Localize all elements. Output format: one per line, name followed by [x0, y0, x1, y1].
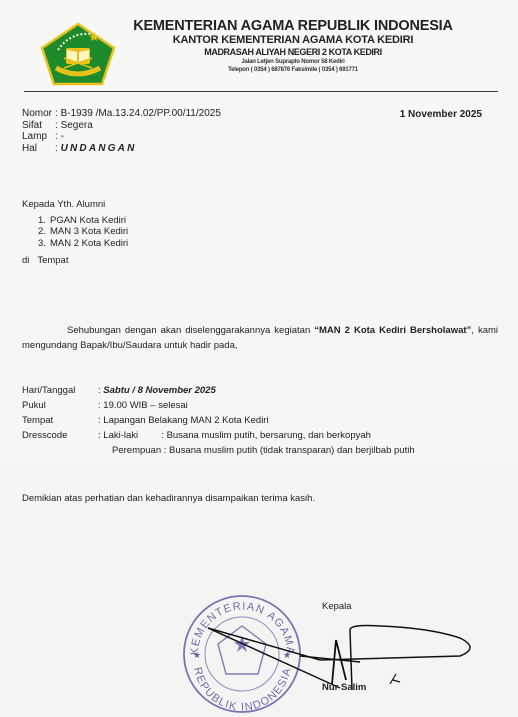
- hal-label: Hal: [22, 143, 55, 155]
- letterhead-divider: [24, 91, 498, 92]
- phone-fax: Telepon ( 0354 ) 687876 Faksimile ( 0354…: [118, 66, 468, 74]
- sifat-row: Sifat : Segera: [22, 120, 221, 132]
- recipient-list: 1.PGAN Kota Kediri 2.MAN 3 Kota Kediri 3…: [22, 215, 128, 250]
- list-item: 2.MAN 3 Kota Kediri: [22, 226, 128, 238]
- dresscode-female-row: Perempuan : Busana muslim putih (tidak t…: [22, 443, 415, 458]
- letter-page: KEMENTERIAN AGAMA REPUBLIK INDONESIA KAN…: [0, 0, 518, 717]
- school-title: MADRASAH ALIYAH NEGERI 2 KOTA KEDIRI: [118, 47, 468, 58]
- event-details: Hari/Tanggal : Sabtu / 8 November 2025 P…: [22, 383, 415, 458]
- list-item: 1.PGAN Kota Kediri: [22, 215, 128, 227]
- ministry-title: KEMENTERIAN AGAMA REPUBLIK INDONESIA: [118, 18, 468, 34]
- sifat-value: Segera: [61, 120, 93, 132]
- event-time: 19.00 WIB – selesai: [103, 398, 188, 413]
- event-date: Sabtu / 8 November 2025: [103, 383, 215, 398]
- lamp-label: Lamp: [22, 131, 55, 143]
- lamp-value: -: [61, 131, 64, 143]
- hal-value: UNDANGAN: [61, 143, 137, 155]
- dresscode-row: Dresscode : Laki-laki : Busana muslim pu…: [22, 428, 415, 443]
- address: Jalan Letjen Suprapto Nomor 58 Kediri: [118, 58, 468, 66]
- nomor-value: B-1939 /Ma.13.24.02/PP.00/11/2025: [61, 108, 221, 120]
- sifat-label: Sifat: [22, 120, 55, 132]
- event-name: “MAN 2 Kota Kediri Bersholawat”: [314, 325, 471, 336]
- date-row: Hari/Tanggal : Sabtu / 8 November 2025: [22, 383, 415, 398]
- signatory-title: Kepala: [322, 601, 352, 612]
- event-venue: Lapangan Belakang MAN 2 Kota Kediri: [103, 413, 268, 428]
- signatory-name: Nur Salim: [322, 682, 366, 693]
- closing-sentence: Demikian atas perhatian dan kehadirannya…: [22, 493, 315, 504]
- body-paragraph: Sehubungan dengan akan diselenggarakanny…: [22, 323, 498, 353]
- male-dresscode: Busana muslim putih, bersarung, dan berk…: [167, 428, 371, 443]
- time-row: Pukul : 19.00 WIB – selesai: [22, 398, 415, 413]
- list-item: 3.MAN 2 Kota Kediri: [22, 238, 128, 250]
- lamp-row: Lamp : -: [22, 131, 221, 143]
- female-dresscode: Busana muslim putih (tidak transparan) d…: [169, 443, 415, 458]
- letter-date: 1 November 2025: [400, 109, 482, 120]
- recipient-place: di Tempat: [22, 255, 128, 267]
- recipient-block: Kepada Yth. Alumni 1.PGAN Kota Kediri 2.…: [22, 199, 128, 267]
- nomor-label: Nomor: [22, 108, 55, 120]
- kemenag-emblem-icon: [40, 22, 116, 86]
- venue-row: Tempat : Lapangan Belakang MAN 2 Kota Ke…: [22, 413, 415, 428]
- office-title: KANTOR KEMENTERIAN AGAMA KOTA KEDIRI: [118, 34, 468, 47]
- nomor-row: Nomor : B-1939 /Ma.13.24.02/PP.00/11/202…: [22, 108, 221, 120]
- recipient-greeting: Kepada Yth. Alumni: [22, 199, 128, 211]
- letterhead: KEMENTERIAN AGAMA REPUBLIK INDONESIA KAN…: [118, 18, 468, 74]
- hal-row: Hal : UNDANGAN: [22, 143, 221, 155]
- letter-meta: Nomor : B-1939 /Ma.13.24.02/PP.00/11/202…: [22, 108, 221, 154]
